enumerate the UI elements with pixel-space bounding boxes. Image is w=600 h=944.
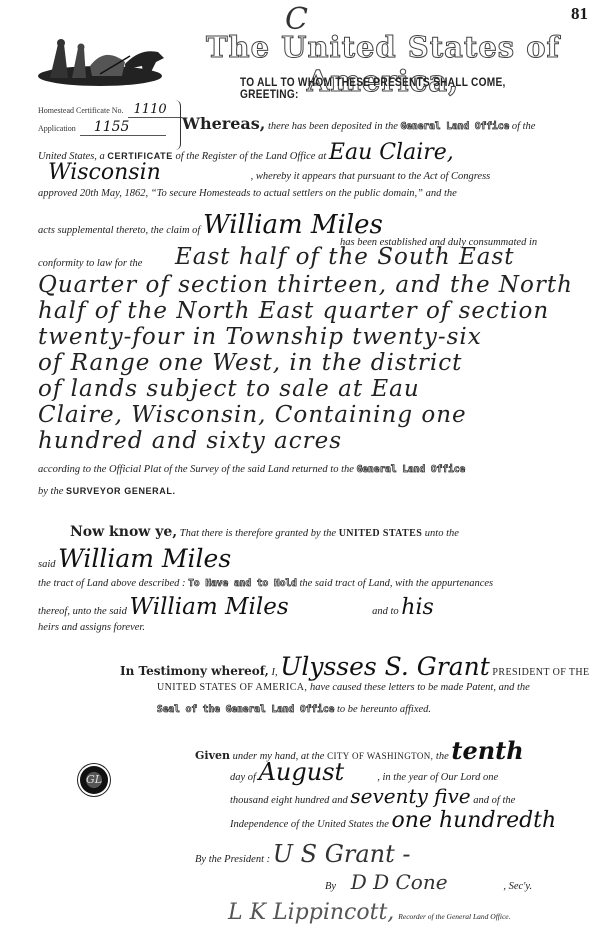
surveyor-general: SURVEYOR GENERAL. bbox=[66, 486, 176, 496]
by-label: By bbox=[325, 881, 336, 892]
land-description-line-7: Claire, Wisconsin, Containing one bbox=[38, 402, 467, 428]
text: day of bbox=[230, 772, 256, 783]
testimony-lead: In Testimony whereof, bbox=[120, 664, 269, 678]
text: according to the Official Plat of the Su… bbox=[38, 464, 354, 475]
land-description-line-6: of lands subject to sale at Eau bbox=[38, 376, 420, 402]
by-the-president-line: By the President : U S Grant - bbox=[195, 840, 410, 868]
by-the-president-label: By the President : bbox=[195, 854, 270, 865]
land-description-line-8: hundred and sixty acres bbox=[38, 428, 342, 454]
text: of the bbox=[512, 121, 536, 132]
land-description-line-5: of Range one West, in the district bbox=[38, 350, 462, 376]
to-have-and-to-hold: To Have and to Hold bbox=[188, 578, 297, 589]
greeting: TO ALL TO WHOM THESE PRESENTS SHALL COME… bbox=[240, 77, 557, 101]
land-description-line-3: half of the North East quarter of sectio… bbox=[38, 298, 549, 324]
text: acts supplemental thereto, the claim of bbox=[38, 225, 200, 236]
grant-line-3: the tract of Land above described : To H… bbox=[38, 578, 493, 589]
whereas-line-5: acts supplemental thereto, the claim of … bbox=[38, 210, 383, 240]
homestead-certificate-field: Homestead Certificate No. 1110 bbox=[38, 100, 182, 118]
now-know-ye-lead: Now know ye, bbox=[70, 524, 177, 540]
seal-of-general-land-office: Seal of the General Land Office bbox=[157, 704, 334, 715]
given-line-4: Independence of the United States the on… bbox=[230, 808, 556, 833]
whereas-line-4: approved 20th May, 1862, “To secure Home… bbox=[38, 188, 457, 199]
application-number: 1155 bbox=[80, 119, 166, 136]
text: , in the year of Our Lord one bbox=[377, 772, 498, 783]
homestead-certificate-label: Homestead Certificate No. bbox=[38, 106, 124, 115]
text: and to bbox=[372, 606, 399, 617]
grant-line-4: thereof, unto the said William Miles and… bbox=[38, 594, 434, 620]
grant-line-1: Now know ye, That there is therefore gra… bbox=[70, 524, 459, 540]
application-field: Application 1155 bbox=[38, 118, 166, 136]
grantee-name: William Miles bbox=[58, 544, 231, 573]
whereas-line-1: Whereas, there has been deposited in the… bbox=[182, 114, 535, 133]
text: have caused these letters to be made Pat… bbox=[310, 682, 530, 693]
page-number: 81 bbox=[571, 4, 588, 24]
secretary-signature: D D Cone bbox=[339, 870, 501, 894]
text: by the bbox=[38, 486, 63, 497]
land-description-line-4: twenty-four in Township twenty-six bbox=[38, 324, 482, 350]
whereas-line-3: Wisconsin , whereby it appears that purs… bbox=[48, 160, 490, 185]
secretary-line: By D D Cone , Sec'y. bbox=[325, 870, 532, 894]
given-line-3: thousand eight hundred and seventy five … bbox=[230, 784, 515, 808]
text: Independence of the United States the bbox=[230, 819, 389, 830]
text: PRESIDENT OF THE bbox=[492, 667, 589, 678]
text: I, bbox=[272, 667, 278, 678]
general-land-office: General Land Office bbox=[357, 464, 466, 475]
independence-year-value: one hundredth bbox=[392, 808, 557, 833]
recorder-title: Recorder of the General Land Office. bbox=[398, 912, 510, 921]
survey-line-1: according to the Official Plat of the Su… bbox=[38, 464, 465, 475]
text: the said tract of Land, with the appurte… bbox=[299, 578, 493, 589]
text: to be hereunto affixed. bbox=[337, 704, 431, 715]
general-land-office: General Land Office bbox=[401, 121, 510, 132]
land-description-line-1: East half of the South East bbox=[175, 244, 515, 270]
text: and of the bbox=[473, 795, 515, 806]
testimony-line-3: Seal of the General Land Office to be he… bbox=[157, 704, 431, 715]
president-signature: U S Grant - bbox=[273, 840, 411, 868]
text: the tract of Land above described : bbox=[38, 578, 186, 589]
president-name: Ulysses S. Grant bbox=[280, 652, 490, 681]
farm-vignette-illustration bbox=[30, 36, 170, 88]
month-value: August bbox=[259, 758, 375, 786]
general-land-office-seal-icon: GL bbox=[80, 766, 108, 794]
text: there has been deposited in the bbox=[268, 121, 398, 132]
text: unto the bbox=[425, 528, 459, 539]
whereas-line-7: conformity to law for the bbox=[38, 258, 142, 269]
given-line-2: day of August , in the year of Our Lord … bbox=[230, 758, 498, 786]
grant-line-5: heirs and assigns forever. bbox=[38, 622, 145, 633]
land-office-state: Wisconsin bbox=[48, 160, 248, 185]
text: said bbox=[38, 559, 56, 570]
text: UNITED STATES OF AMERICA, bbox=[157, 682, 307, 693]
text: That there is therefore granted by the bbox=[180, 528, 336, 539]
seal-monogram: GL bbox=[80, 766, 108, 794]
survey-line-2: by the SURVEYOR GENERAL. bbox=[38, 486, 176, 497]
grant-line-2: said William Miles bbox=[38, 544, 231, 573]
whereas-lead: Whereas, bbox=[182, 114, 265, 133]
land-description-line-2: Quarter of section thirteen, and the Nor… bbox=[38, 272, 573, 298]
united-states: UNITED STATES bbox=[339, 528, 422, 539]
grantee-name-2: William Miles bbox=[129, 594, 369, 620]
testimony-line-2: UNITED STATES OF AMERICA, have caused th… bbox=[157, 682, 530, 693]
pronoun: his bbox=[401, 595, 434, 620]
text: , whereby it appears that pursuant to th… bbox=[251, 171, 491, 182]
year-value: seventy five bbox=[350, 784, 470, 808]
recorder-line: L K Lippincott, Recorder of the General … bbox=[228, 900, 511, 925]
secretary-title: , Sec'y. bbox=[503, 881, 532, 892]
application-label: Application bbox=[38, 124, 76, 133]
recorder-signature: L K Lippincott, bbox=[228, 900, 394, 925]
given-lead: Given bbox=[195, 749, 230, 762]
text: thousand eight hundred and bbox=[230, 795, 348, 806]
testimony-line-1: In Testimony whereof, I, Ulysses S. Gran… bbox=[120, 652, 590, 681]
text: thereof, unto the said bbox=[38, 606, 127, 617]
claimant-name: William Miles bbox=[203, 210, 383, 240]
